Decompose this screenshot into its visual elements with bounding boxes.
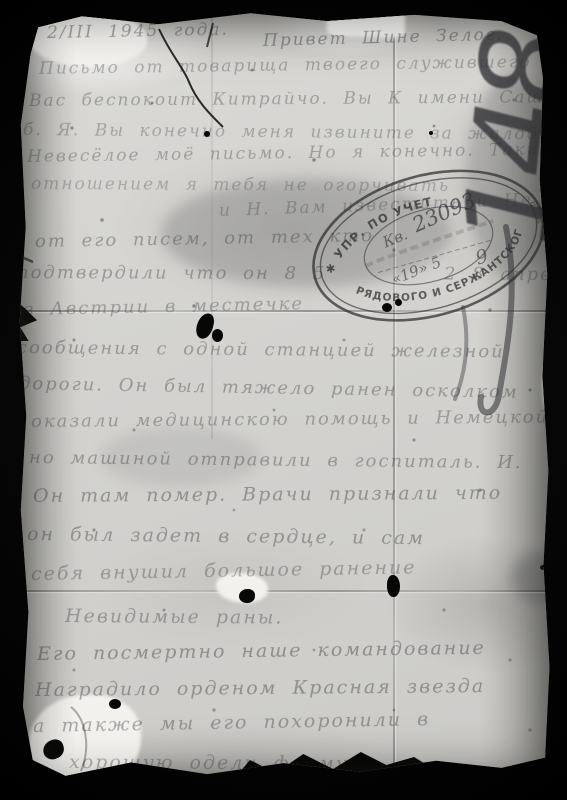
fold-hole — [109, 699, 121, 709]
stain — [511, 552, 567, 602]
page-number-annotation: 148 — [447, 18, 567, 262]
stain — [161, 179, 451, 287]
handwritten-line: а также мы его похоронили в — [33, 708, 430, 737]
vertical-fold-crease — [211, 7, 213, 439]
stamp-date: «19» 5 — [389, 253, 444, 288]
bright-worn-patch — [542, 359, 562, 421]
bright-worn-patch — [29, 695, 141, 791]
torn-edge — [233, 749, 446, 799]
stamp-side-text: ВТС 4 — [528, 200, 543, 225]
handwritten-line: оказали медицинскою помощь и Немецкой — [31, 406, 549, 432]
horizontal-fold-crease — [11, 310, 556, 312]
bright-worn-patch — [216, 573, 268, 603]
scan-background: 2/ІІІ 1945 года. Привет Шине Зелог. Пись… — [0, 0, 567, 800]
stain — [101, 427, 261, 487]
handwritten-line: в Австрии в местечке — [23, 293, 304, 320]
handwritten-line: и Н. Вам известить и Не пропавш — [219, 186, 567, 221]
fold-hole — [212, 329, 223, 342]
torn-edge — [9, 295, 37, 341]
svg-text:РЯДОВОГО И СЕРЖАНТСКОГ: РЯДОВОГО И СЕРЖАНТСКОГ — [348, 224, 537, 320]
handwritten-line: Невидимые раны. — [65, 605, 284, 629]
handwritten-line: себя внушил большое ранение — [31, 556, 417, 585]
handwritten-line: Письмо от товарища твоего служившего Гал… — [39, 51, 567, 79]
fold-hole — [239, 589, 255, 603]
svg-text:✱ УПР. ПО УЧЕТ: ✱ УПР. ПО УЧЕТ — [310, 194, 445, 279]
stain — [466, 77, 556, 277]
edge-shading — [11, 7, 556, 793]
tape-patch — [327, 8, 406, 39]
handwritten-line: Его посмертно наше командование — [37, 637, 486, 665]
bright-worn-patch — [28, 10, 149, 70]
handwritten-line: он был задет в сердце, и сам — [27, 523, 425, 549]
handwritten-line: подтвердили что он 8 5 2 8 апреля — [17, 262, 567, 285]
fold-hole — [382, 303, 392, 312]
ink-spot — [540, 565, 546, 570]
ink-spot — [429, 131, 433, 135]
ink-spot — [204, 131, 210, 137]
handwritten-line: Он там помер. Врачи признали что — [33, 482, 502, 507]
fold-hole — [41, 737, 67, 762]
stamp-registration-number: 23093 — [408, 188, 480, 238]
handwritten-line: Вас беспокоит Китрайчо. Вы К имени Сашин… — [29, 87, 567, 111]
stamp-date-tail: 9 — [473, 245, 491, 269]
handwritten-line: Невесёлое моё письмо. Но я конечно. Таки… — [27, 140, 556, 167]
stamp-ring-top-text: ✱ УПР. ПО УЧЕТ — [310, 194, 445, 279]
registration-stamp: ✱ УПР. ПО УЧЕТ РЯДОВОГО И СЕРЖАНТСКОГ ВТ… — [286, 137, 567, 358]
horizontal-fold-crease — [11, 590, 556, 592]
handwritten-line: но машиной отправили в госпиталь. И. — [29, 447, 523, 473]
handwritten-line: дороги. Он был тяжело ранен осколком — [19, 373, 519, 403]
greeting-line: Привет Шине Зелог. — [263, 25, 504, 51]
stamp-registration-prefix: Кв. — [379, 225, 410, 251]
fold-hole — [395, 299, 402, 306]
handwritten-line: сообщения с одной станцией железной — [17, 337, 505, 362]
date-line: 2/ІІІ 1945 года. — [47, 20, 229, 43]
paper-speckles — [11, 7, 13, 9]
letter-page: 2/ІІІ 1945 года. Привет Шине Зелог. Пись… — [11, 7, 556, 793]
handwritten-line: Наградило орденом Красная звезда — [35, 675, 485, 701]
stamp-ring-bottom-text: РЯДОВОГО И СЕРЖАНТСКОГ — [348, 224, 537, 320]
fold-hole — [194, 311, 216, 340]
handwritten-line: хорошую одели форму и — [69, 751, 378, 775]
fold-hole — [387, 575, 400, 597]
crease-and-pencil-marks — [11, 7, 556, 793]
handwritten-line: отношением я тебя не огорчивать — [31, 174, 450, 196]
handwritten-line: от его писем, от тех кто — [35, 225, 374, 252]
vertical-fold-crease — [393, 7, 395, 793]
handwritten-line: б. Я. Вы конечно меня извините за жалобу — [23, 120, 551, 145]
